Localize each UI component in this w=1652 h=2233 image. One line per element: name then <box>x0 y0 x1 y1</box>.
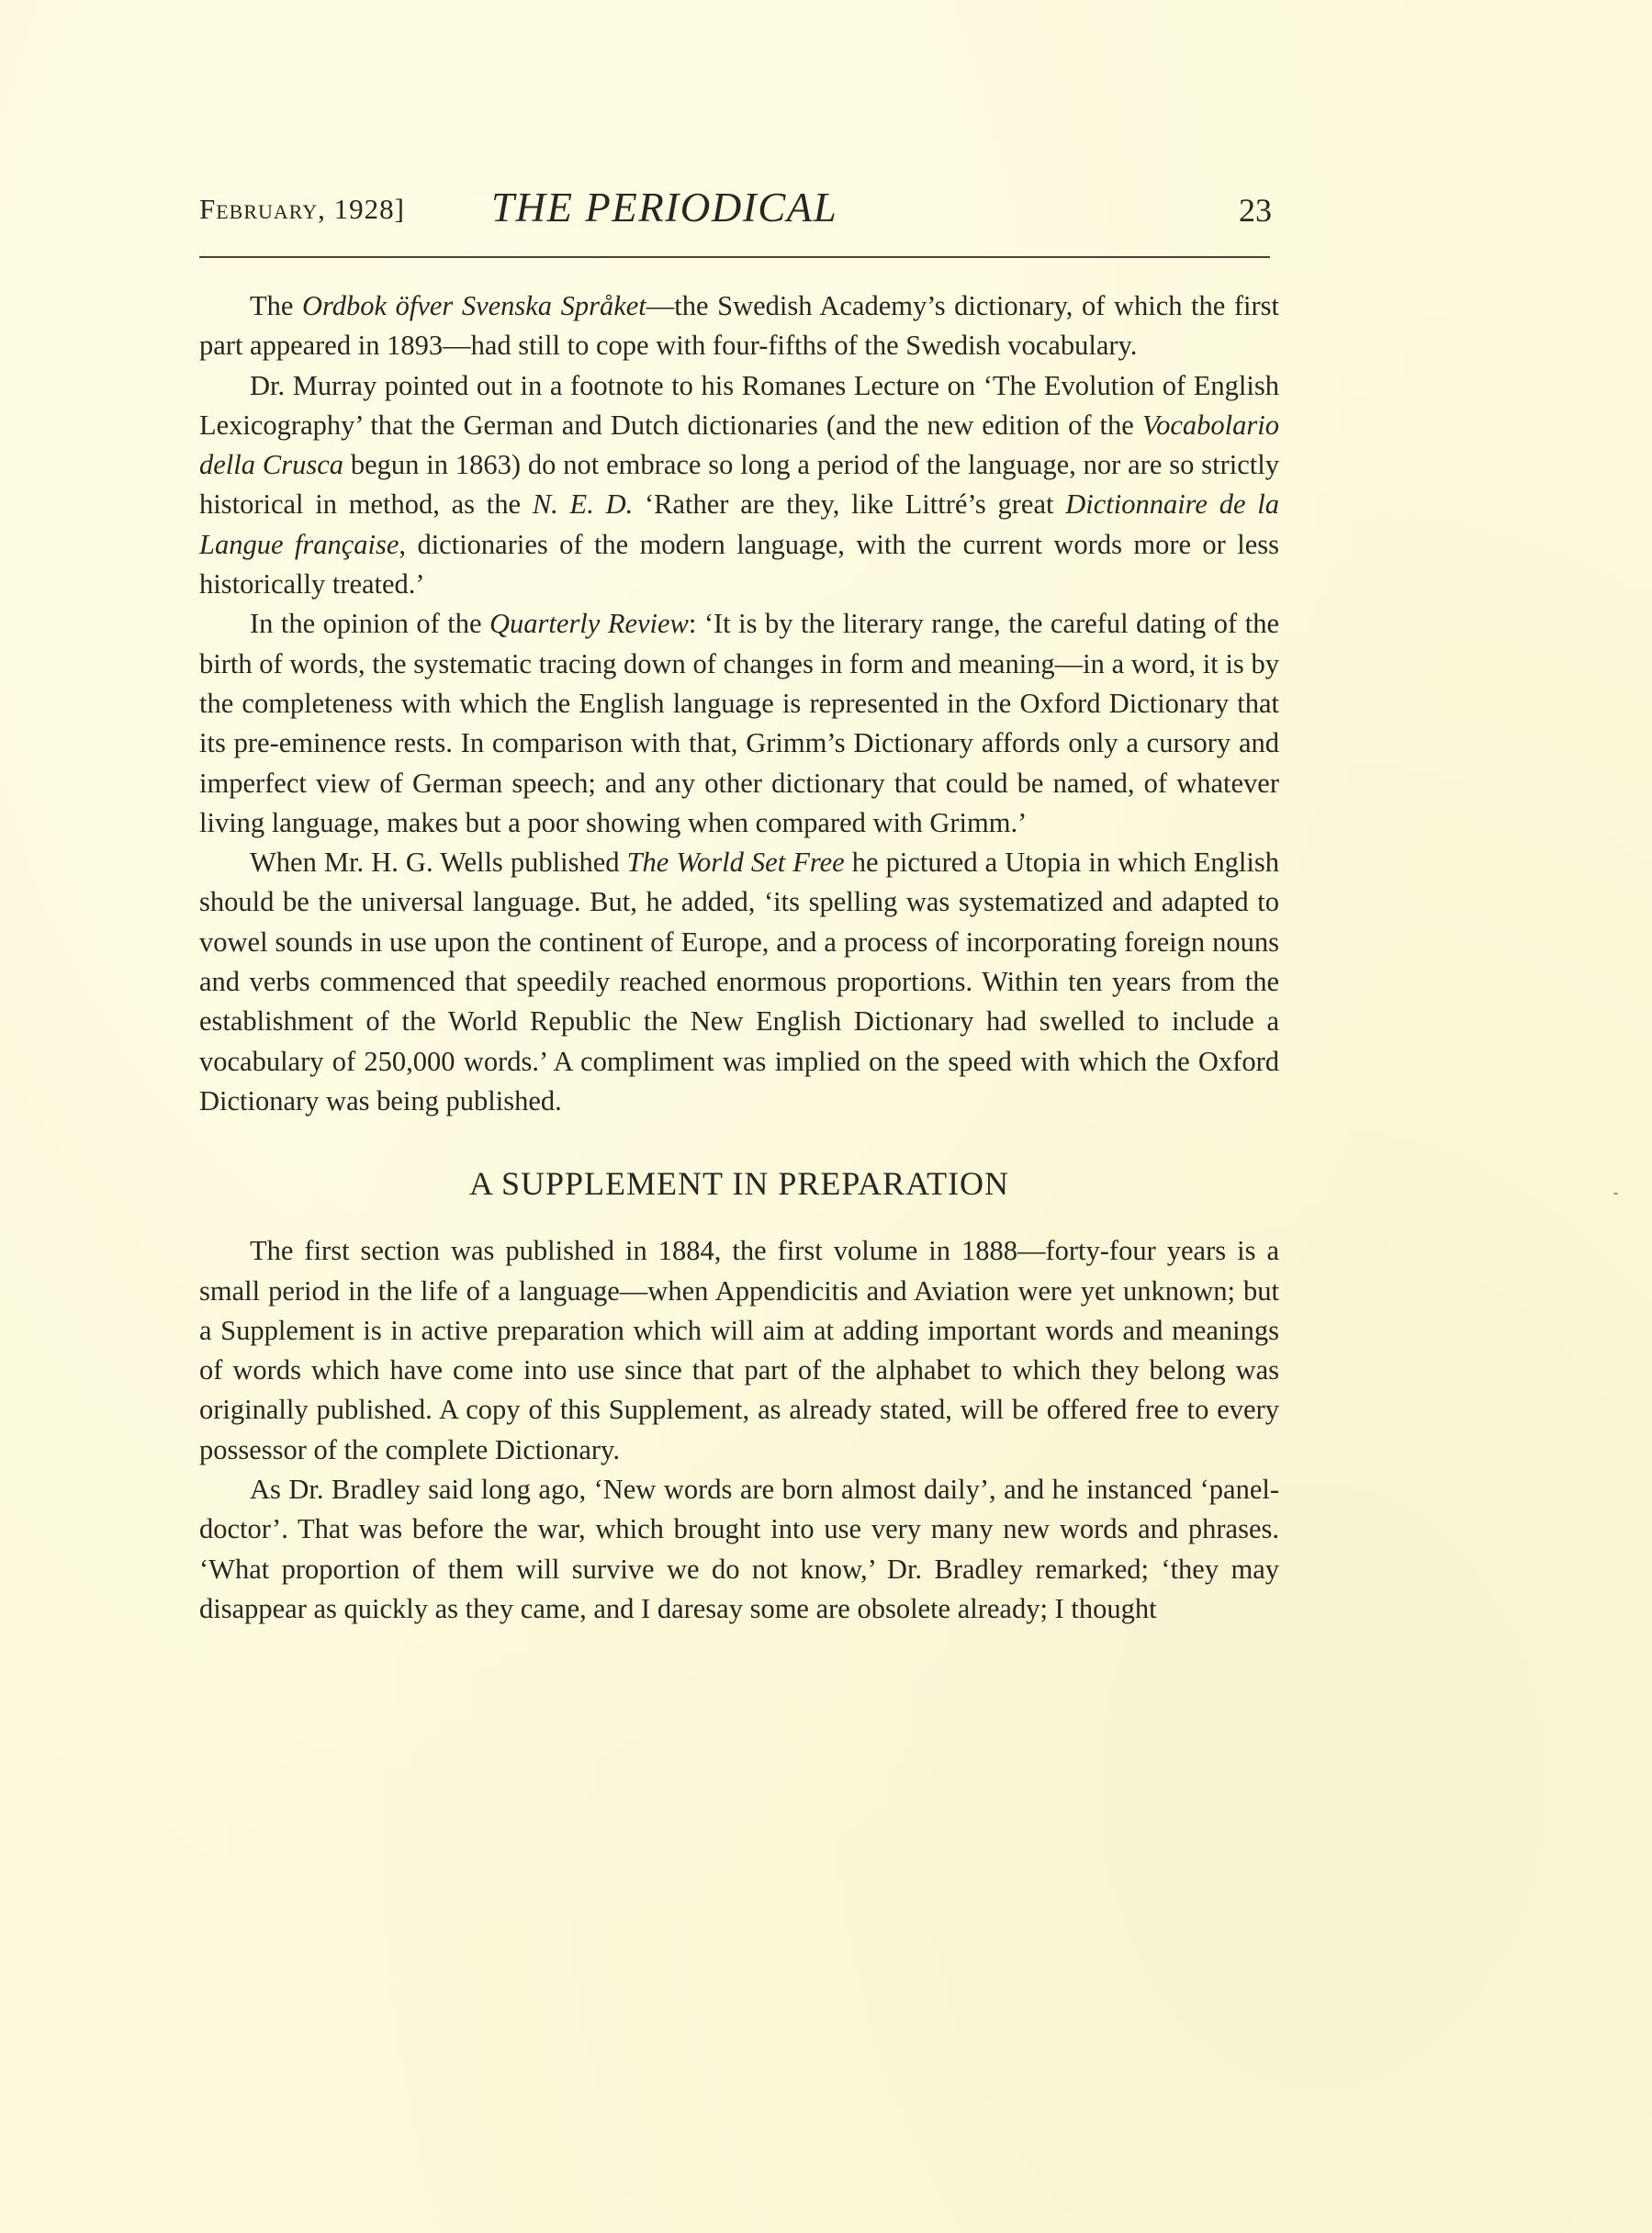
paper-speck <box>1613 1193 1618 1195</box>
paragraphs-after-heading: The first section was published in 1884,… <box>199 1231 1279 1629</box>
italic-title: The World Set Free <box>627 847 845 878</box>
section-heading: A SUPPLEMENT IN PREPARATION <box>199 1161 1279 1206</box>
text-run: ‘Rather are they, like Littré’s great <box>633 488 1065 520</box>
text-run: The <box>250 290 302 321</box>
text-run: When Mr. H. G. Wells published <box>250 847 627 878</box>
header-rule <box>199 256 1270 258</box>
page-number: 23 <box>1239 191 1272 230</box>
article-body: The Ordbok öfver Svenska Språket—the Swe… <box>199 286 1279 1629</box>
paragraph: Dr. Murray pointed out in a footnote to … <box>199 366 1279 605</box>
italic-title: N. E. D. <box>533 488 633 520</box>
italic-title: Quarterly Review <box>489 608 689 639</box>
text-run: Dr. Murray pointed out in a footnote to … <box>199 370 1279 441</box>
periodical-title: THE PERIODICAL <box>491 184 837 231</box>
text-run: he pictured a Utopia in which English sh… <box>199 847 1279 1116</box>
paragraph: In the opinion of the Quarterly Review: … <box>199 604 1279 843</box>
text-run: In the opinion of the <box>250 608 489 639</box>
paragraphs-before-heading: The Ordbok öfver Svenska Språket—the Swe… <box>199 286 1279 1121</box>
issue-date: February, 1928] <box>199 193 405 226</box>
paragraph: As Dr. Bradley said long ago, ‘New words… <box>199 1470 1279 1629</box>
paragraph: The first section was published in 1884,… <box>199 1231 1279 1470</box>
text-run: The first section was published in 1884,… <box>199 1235 1279 1464</box>
paragraph: The Ordbok öfver Svenska Språket—the Swe… <box>199 286 1279 366</box>
running-head: February, 1928] THE PERIODICAL 23 <box>199 184 1272 239</box>
paragraph: When Mr. H. G. Wells published The World… <box>199 843 1279 1121</box>
italic-title: Ordbok öfver Svenska Språket <box>302 290 646 321</box>
text-run: As Dr. Bradley said long ago, ‘New words… <box>199 1474 1279 1624</box>
text-run: : ‘It is by the literary range, the care… <box>199 608 1279 837</box>
